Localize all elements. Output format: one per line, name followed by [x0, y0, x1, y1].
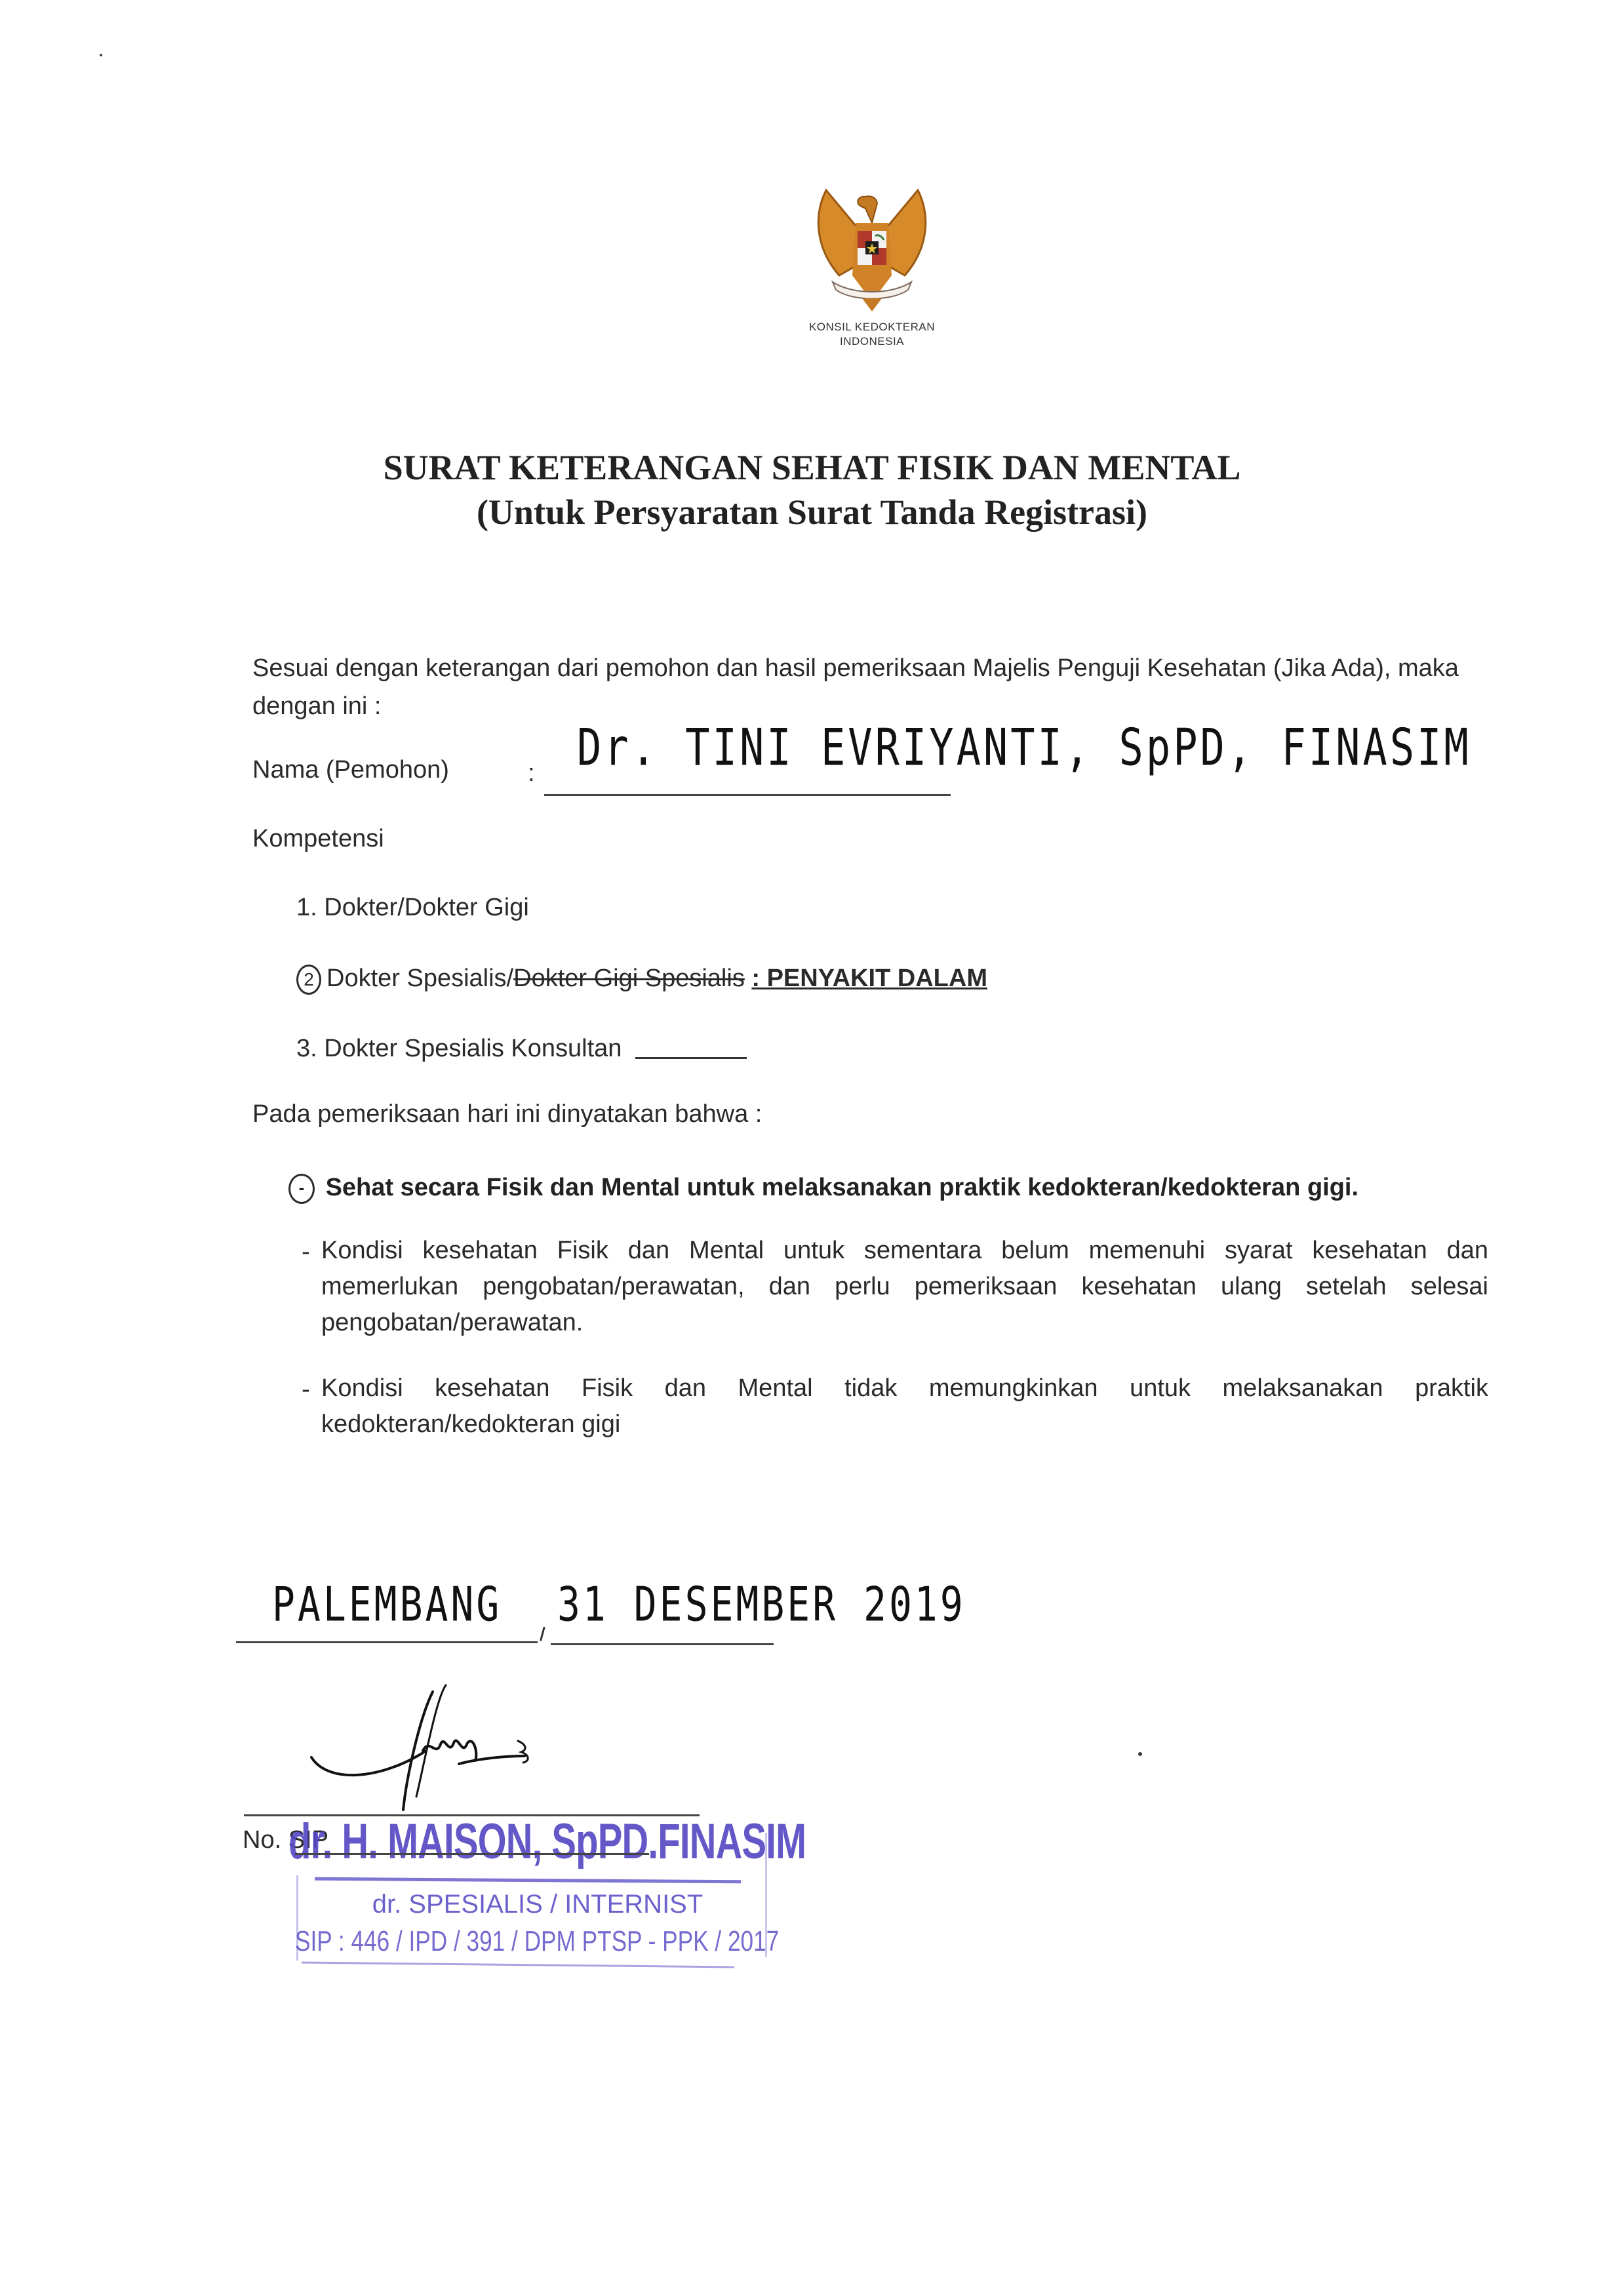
option-bullet: - — [302, 1233, 310, 1271]
stamp-rule — [315, 1877, 741, 1884]
examination-intro: Pada pemeriksaan hari ini dinyatakan bah… — [252, 1095, 762, 1133]
examination-option-healthy[interactable]: - Sehat secara Fisik dan Mental untuk me… — [288, 1168, 1358, 1207]
competence-option-2[interactable]: 2Dokter Spesialis/Dokter Gigi Spesialis … — [296, 959, 987, 997]
examination-option-unfit[interactable]: - Kondisi kesehatan Fisik dan Mental tid… — [302, 1370, 1488, 1443]
sip-field-line — [295, 1853, 649, 1855]
applicant-field-line — [544, 794, 951, 796]
stamp-sip-number: SIP : 446 / IPD / 391 / DPM PTSP - PPK /… — [295, 1925, 779, 1959]
competence-number: 3. — [296, 1035, 317, 1062]
garuda-emblem-icon — [800, 177, 944, 321]
option-text: Kondisi kesehatan Fisik dan Mental tidak… — [302, 1370, 1488, 1443]
applicant-label: Nama (Pemohon) — [252, 751, 449, 789]
organization-name: KONSIL KEDOKTERAN INDONESIA — [754, 320, 990, 349]
option-bullet: - — [302, 1370, 310, 1408]
specialty-value: : PENYAKIT DALAM — [751, 965, 987, 992]
competence-option-1[interactable]: 1. Dokter/Dokter Gigi — [296, 888, 529, 927]
stamp-border — [296, 1875, 298, 1961]
handwritten-signature-icon — [288, 1679, 577, 1823]
scan-speck — [1138, 1752, 1142, 1756]
date-separator — [536, 1626, 545, 1641]
document-title: SURAT KETERANGAN SEHAT FISIK DAN MENTAL — [0, 446, 1624, 489]
place-field[interactable]: PALEMBANG — [272, 1576, 502, 1633]
organization-line-2: INDONESIA — [754, 334, 990, 349]
struck-text: Dokter Gigi Spesialis — [513, 965, 745, 992]
option-text: Kondisi kesehatan Fisik dan Mental untuk… — [302, 1233, 1488, 1341]
competence-text: Dokter Spesialis Konsultan — [324, 1035, 622, 1062]
document-subtitle: (Untuk Persyaratan Surat Tanda Registras… — [0, 490, 1624, 534]
scan-speck — [100, 54, 102, 56]
competence-label: Kompetensi — [252, 820, 384, 858]
competence-option-3[interactable]: 3. Dokter Spesialis Konsultan — [296, 1029, 747, 1068]
stamp-rule — [302, 1962, 734, 1968]
stamp-border — [765, 1833, 767, 1957]
consultant-blank-field[interactable] — [635, 1057, 747, 1059]
applicant-name-field[interactable]: Dr. TINI EVRIYANTI, SpPD, FINASIM — [577, 715, 1471, 780]
intro-paragraph: Sesuai dengan keterangan dari pemohon da… — [252, 649, 1498, 725]
selected-circle-icon: 2 — [296, 965, 321, 995]
competence-text: Dokter/Dokter Gigi — [324, 894, 529, 921]
applicant-colon: : — [528, 754, 535, 792]
competence-text: Dokter Spesialis/ — [327, 965, 513, 992]
stamp-doctor-name: dr. H. MAISON, SpPD.FINASIM — [288, 1815, 806, 1869]
place-field-line — [236, 1641, 538, 1643]
date-field-line — [551, 1643, 774, 1645]
option-text: Sehat secara Fisik dan Mental untuk mela… — [326, 1174, 1358, 1201]
stamp-doctor-title: dr. SPESIALIS / INTERNIST — [0, 1888, 1075, 1920]
date-field[interactable]: 31 DESEMBER 2019 — [557, 1576, 966, 1633]
competence-number: 1. — [296, 894, 317, 921]
examination-option-temporary[interactable]: - Kondisi kesehatan Fisik dan Mental unt… — [302, 1233, 1488, 1341]
organization-line-1: KONSIL KEDOKTERAN — [754, 320, 990, 334]
selected-circle-icon: - — [288, 1174, 315, 1204]
